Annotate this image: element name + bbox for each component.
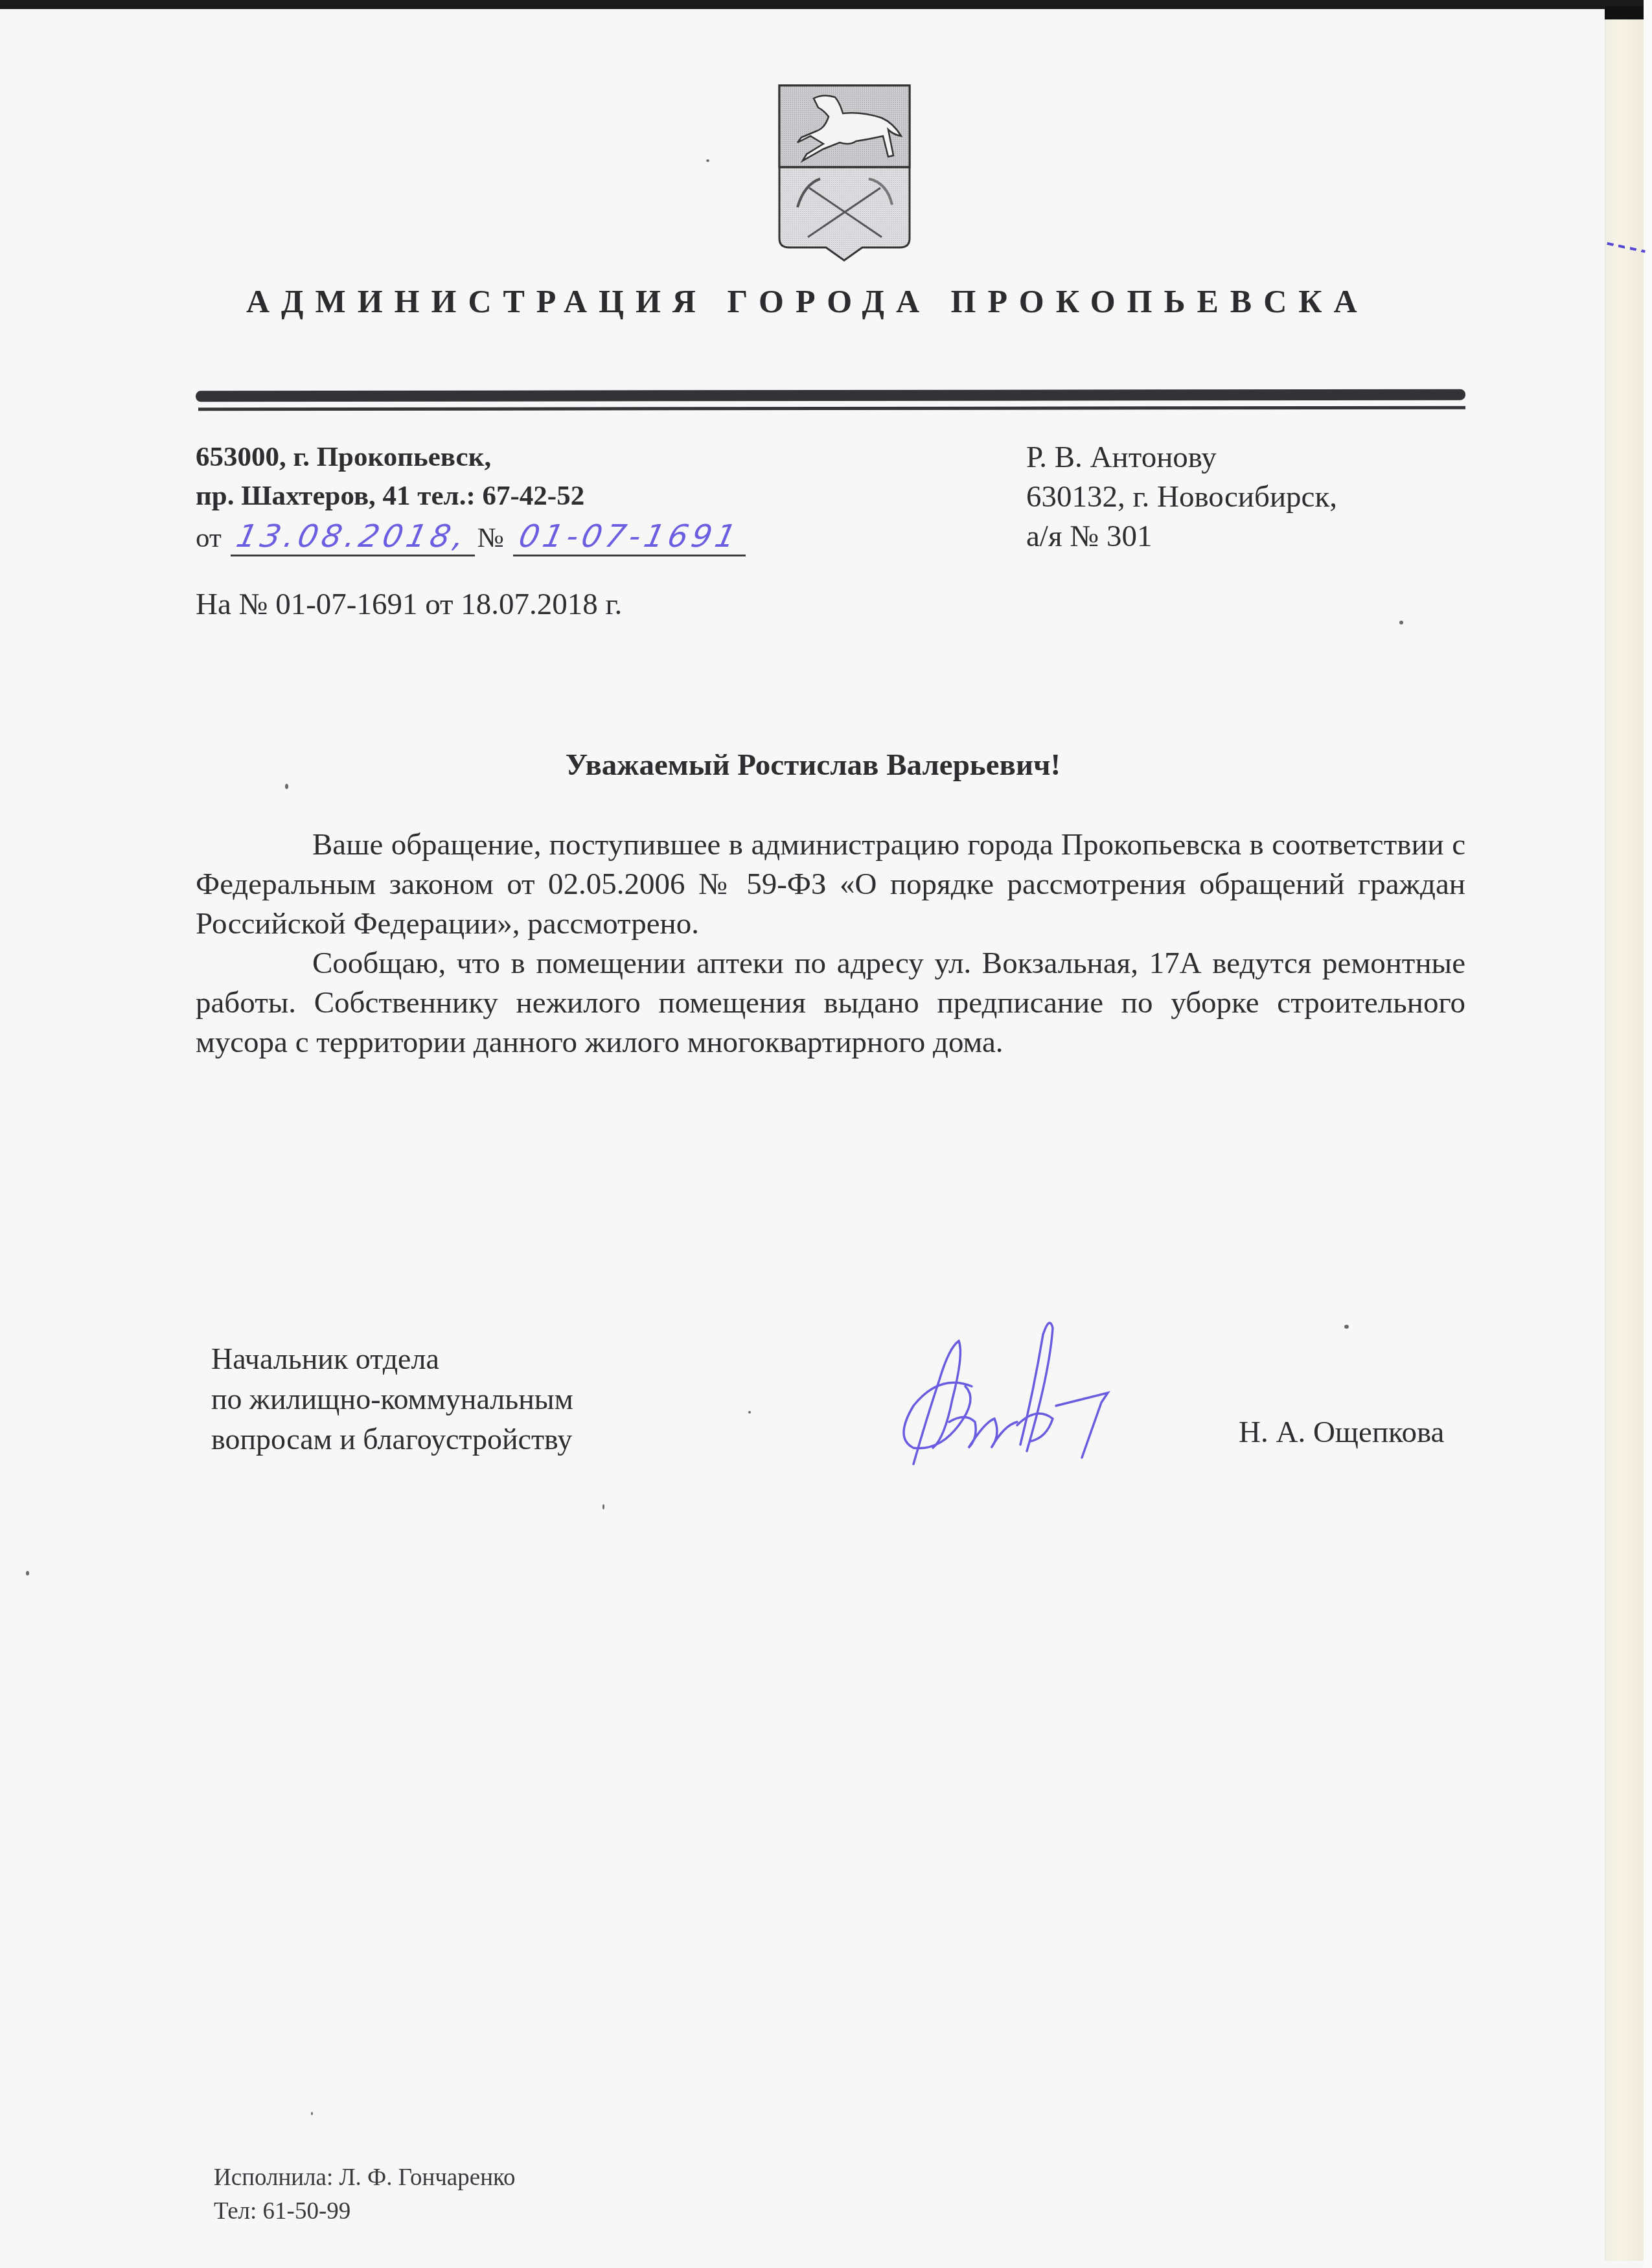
executor-footer: Исполнила: Л. Ф. Гончаренко Тел: 61-50-9… [214,2161,516,2228]
body-paragraph: Ваше обращение, поступившее в администра… [196,825,1465,944]
paper-edge-strip [1605,19,1644,2261]
salutation: Уважаемый Ростислав Валерьевич! [0,748,1652,783]
registration-line: от 13.08.2018,№ 01-07-1691 [196,518,748,556]
signatory-title-line2: по жилищно-коммунальным [211,1379,573,1419]
scan-speck [748,1411,751,1414]
signatory-title-line1: Начальник отдела [211,1339,573,1379]
reference-line: На № 01-07-1691 от 18.07.2018 г. [196,587,622,622]
sender-address: 653000, г. Прокопьевск, пр. Шахтеров, 41… [196,438,584,516]
scan-speck [602,1504,604,1509]
scan-speck [311,2112,313,2115]
sender-address-line1: 653000, г. Прокопьевск, [196,438,584,477]
recipient-name: Р. В. Антонову [1026,438,1337,477]
scan-speck [26,1571,29,1575]
scan-speck [1399,621,1403,624]
scan-top-border [0,0,1652,9]
executor-phone: Тел: 61-50-99 [214,2195,516,2228]
scan-speck [1344,1325,1349,1329]
sender-address-line2: пр. Шахтеров, 41 тел.: 67-42-52 [196,477,584,516]
body-paragraph: Сообщаю, что в помещении аптеки по адрес… [196,944,1465,1062]
scan-corner-shadow [1605,6,1644,21]
handwritten-number: 01-07-1691 [516,518,743,555]
header-rule-thick [196,389,1465,402]
signer-name: Н. А. Ощепкова [1239,1415,1444,1450]
date-field: 13.08.2018, [231,518,474,556]
scan-speck [706,159,709,162]
executor-name: Исполнила: Л. Ф. Гончаренко [214,2161,516,2195]
signatory-title: Начальник отдела по жилищно-коммунальным… [211,1339,573,1460]
coat-of-arms-icon [778,84,911,263]
number-prefix: № [477,523,504,553]
signatory-title-line3: вопросам и благоустройству [211,1419,573,1460]
letter-body: Ваше обращение, поступившее в администра… [196,825,1465,1062]
handwritten-date: 13.08.2018, [234,518,472,555]
date-prefix: от [196,523,222,553]
organization-title: АДМИНИСТРАЦИЯ ГОРОДА ПРОКОПЬЕВСКА [246,282,1458,320]
scan-speck [285,784,288,789]
recipient-address-line2: а/я № 301 [1026,517,1337,556]
handwritten-signature-icon [888,1309,1160,1477]
number-field: 01-07-1691 [513,518,746,556]
header-rule-thin [198,406,1465,411]
recipient-address: Р. В. Антонову 630132, г. Новосибирск, а… [1026,438,1337,556]
scan-background [1644,0,1652,2268]
recipient-address-line1: 630132, г. Новосибирск, [1026,477,1337,517]
